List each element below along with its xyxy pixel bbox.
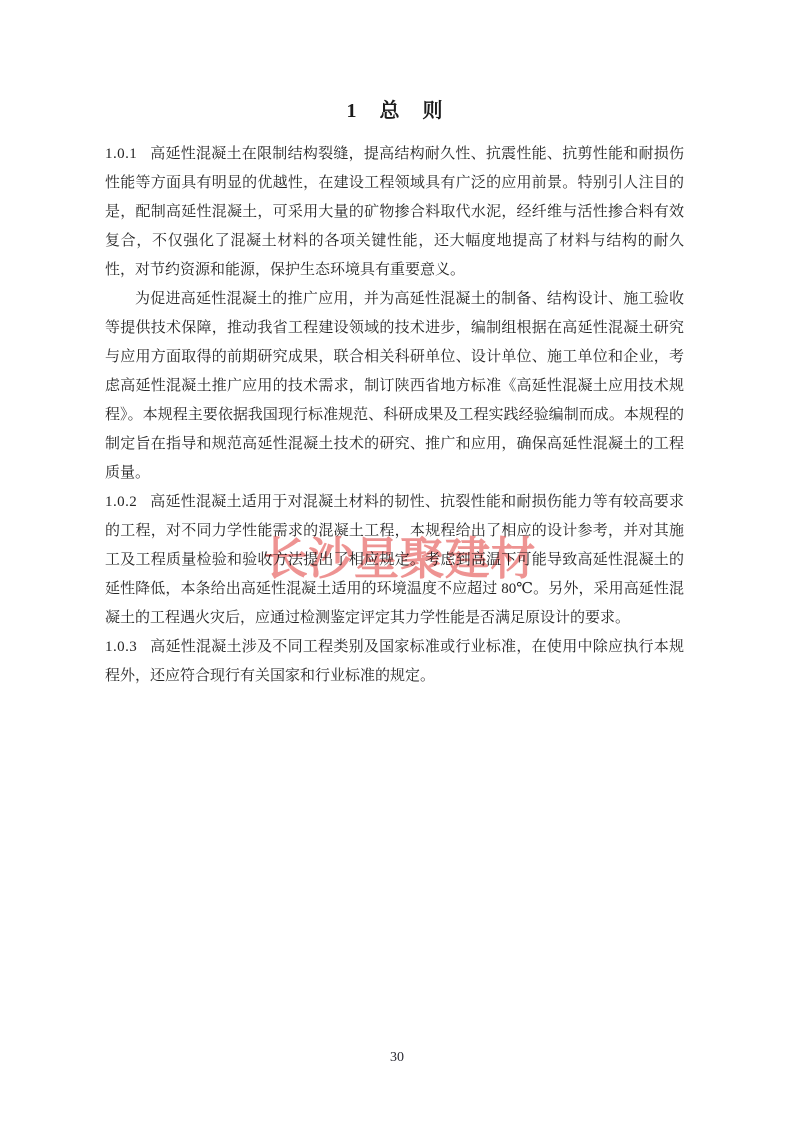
chapter-title: 1 总 则 [105,94,684,123]
clause-1-0-3: 1.0.3高延性混凝土涉及不同工程类别及国家标准或行业标准，在使用中除应执行本规… [105,633,684,691]
clause-1-0-2: 1.0.2高延性混凝土适用于对混凝土材料的韧性、抗裂性能和耐损伤能力等有较高要求… [105,488,684,633]
page-number: 30 [0,1050,794,1066]
clause-preamble: 为促进高延性混凝土的推广应用，并为高延性混凝土的制备、结构设计、施工验收等提供技… [105,285,684,488]
clause-text: 高延性混凝土涉及不同工程类别及国家标准或行业标准，在使用中除应执行本规程外，还应… [105,639,684,684]
page-content: 1 总 则 1.0.1高延性混凝土在限制结构裂缝，提高结构耐久性、抗震性能、抗剪… [105,94,684,691]
clause-label: 1.0.3 [105,639,137,655]
clause-text: 为促进高延性混凝土的推广应用，并为高延性混凝土的制备、结构设计、施工验收等提供技… [105,291,684,481]
clause-label: 1.0.1 [105,146,137,162]
clause-label: 1.0.2 [105,494,137,510]
clause-text: 高延性混凝土适用于对混凝土材料的韧性、抗裂性能和耐损伤能力等有较高要求的工程，对… [105,494,684,626]
document-page: 1 总 则 1.0.1高延性混凝土在限制结构裂缝，提高结构耐久性、抗震性能、抗剪… [0,0,794,1123]
clause-1-0-1: 1.0.1高延性混凝土在限制结构裂缝，提高结构耐久性、抗震性能、抗剪性能和耐损伤… [105,140,684,285]
clause-text: 高延性混凝土在限制结构裂缝，提高结构耐久性、抗震性能、抗剪性能和耐损伤性能等方面… [105,146,684,278]
